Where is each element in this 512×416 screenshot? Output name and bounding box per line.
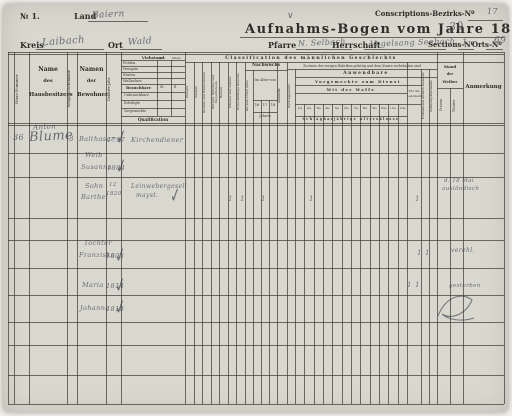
weiber-toechter: Töchter — [453, 91, 460, 120]
waffe-col: 10te — [379, 106, 388, 110]
weiber-frauen: Frauen — [440, 91, 447, 120]
col-religion: Religions-Bekenntniß — [68, 58, 76, 120]
weiber-1: Stand — [437, 64, 463, 69]
nachwuchs-right: Zuwachs — [278, 72, 286, 120]
anwesende-top: Zu einer der vorigen Rubriken gehörig un… — [288, 64, 436, 68]
nachwuchs-left: Bis zum 15ten Jahre — [246, 72, 252, 120]
nachwuchs-title: Nachwuchs — [245, 63, 287, 68]
title-year-value: 30 — [448, 19, 464, 33]
note-row5: gestorben — [449, 283, 481, 289]
col-bewohner-3: Bewohner — [77, 92, 106, 98]
entry-row1-quali: Kirchendiener — [131, 136, 183, 144]
entry-row3-day: 12 — [109, 182, 117, 188]
viehstand-row: Fohlen — [123, 61, 135, 65]
entry-row5-name: Maria — [82, 281, 104, 289]
anmerkung-label: Anmerkung — [463, 84, 504, 90]
mit-der-waffe: Mit der Waffe — [295, 87, 407, 92]
form-title: Aufnahms-Bogen vom Jahre 18 — [245, 22, 512, 37]
qualification-label: Qualification — [121, 117, 185, 122]
tally-mark: 1 — [415, 195, 419, 203]
cat-bauern: Bauern — [220, 64, 227, 120]
cat-knechte: Erwerbsfähige Knechte — [237, 64, 244, 120]
entry-row3-rel: Sohn — [85, 182, 103, 190]
beurlaubte: Zeitweilig Beurlaubte — [430, 72, 436, 120]
viehstand-subc1: St. — [160, 85, 164, 89]
viehstand-subheader: Brauchbare — [126, 85, 151, 90]
age-18: 18 — [269, 103, 277, 107]
ort-value: Wald — [128, 36, 153, 48]
viehstand-row: Wallachen — [123, 79, 142, 83]
waffe-col: 12te — [398, 106, 407, 110]
viehstand-subrow: Erledigte — [124, 101, 140, 105]
zurueckgestellte: Zurückgestellte — [288, 72, 294, 120]
cat-buerger: Bürgerl. Künstler und Gewerbsleute — [212, 64, 218, 120]
waffe-col: 8te — [361, 106, 370, 110]
age-17: 17 — [261, 103, 269, 107]
classification-title: Classification des männlichen Geschlecht… — [185, 56, 437, 61]
bezirk-value: 17 — [487, 7, 498, 16]
entry-row3-quali2: mayst. — [136, 192, 158, 199]
nachwuchs-mid: Im Alter von — [253, 78, 277, 82]
col-owner-3: Hausbesitzers — [29, 92, 67, 98]
col-geburtsjahr: Geburts-Jahr — [108, 58, 120, 120]
cat-beamte: Beamte und Honoratioren — [203, 64, 210, 120]
wirklich-dienende: Fortwährend wirklich Dienende — [422, 72, 428, 120]
anwendbare: Anwendbare — [295, 71, 437, 76]
viehstand-row: Hengste — [123, 67, 138, 71]
waffe-col: 11te — [389, 106, 398, 110]
note-row3-line1: d. 18 Mai — [444, 178, 474, 184]
pfarre-label: Pfarre — [268, 40, 296, 50]
waffe-col: 6te — [342, 106, 351, 110]
viehstand-subc2: fl. — [174, 85, 177, 89]
tally-mark: 1 — [309, 195, 313, 203]
waffe-col: 4te — [323, 106, 332, 110]
tally-mark: 1 — [240, 195, 244, 203]
col-owner-2: des — [29, 78, 67, 84]
landwehr-1: Für die — [407, 89, 421, 93]
waffe-col: 9te — [370, 106, 379, 110]
waffe-col: 5te — [333, 106, 342, 110]
age-16: 16 — [253, 103, 261, 107]
col-haus-nummer: Haus-Nummer — [15, 58, 28, 120]
viehstand-subrow: Vorgemerkte — [124, 109, 146, 113]
section-value: 1 — [462, 38, 468, 47]
sheet-number: № 1. — [20, 11, 40, 21]
col-owner-1: Name — [29, 66, 67, 73]
stray-pen-mark: ∨ — [287, 11, 294, 21]
entry-row3-year: 1820 — [106, 191, 122, 197]
bezirk-label: Conscriptions-Bezirks-Nº — [375, 9, 475, 18]
cat-haeusler: Häusler und Inleute — [229, 64, 235, 120]
nachwuchs-unit: Jahren — [253, 114, 277, 118]
entry-row3-name: Barthel — [81, 193, 108, 201]
landwehr-2: Landwehr — [407, 94, 421, 98]
entry-religion-mark: 3 — [69, 135, 74, 143]
tally-mark: 1 — [415, 281, 419, 289]
note-row3-line2: ausländisch — [442, 186, 479, 192]
col-bewohner-2: der — [77, 78, 106, 84]
weiber-3: Weiber — [437, 79, 463, 84]
cat-adelige: Adelige — [195, 64, 201, 120]
cat-priester: Priester — [186, 64, 193, 120]
viehstand-row: Stuten — [123, 73, 135, 77]
weiber-2: der — [437, 72, 463, 76]
checkmark: ✓ — [169, 184, 182, 210]
col-bewohner-1: Namen — [77, 66, 106, 73]
waffe-col: 2te — [305, 106, 314, 110]
land-value: Baiern — [92, 9, 125, 21]
vorgemerkte: Vorgemerkte zum Dienst — [295, 79, 421, 84]
viehstand-subrow: Unbrauchbare — [124, 93, 149, 97]
waffe-col: 3te — [314, 106, 323, 110]
